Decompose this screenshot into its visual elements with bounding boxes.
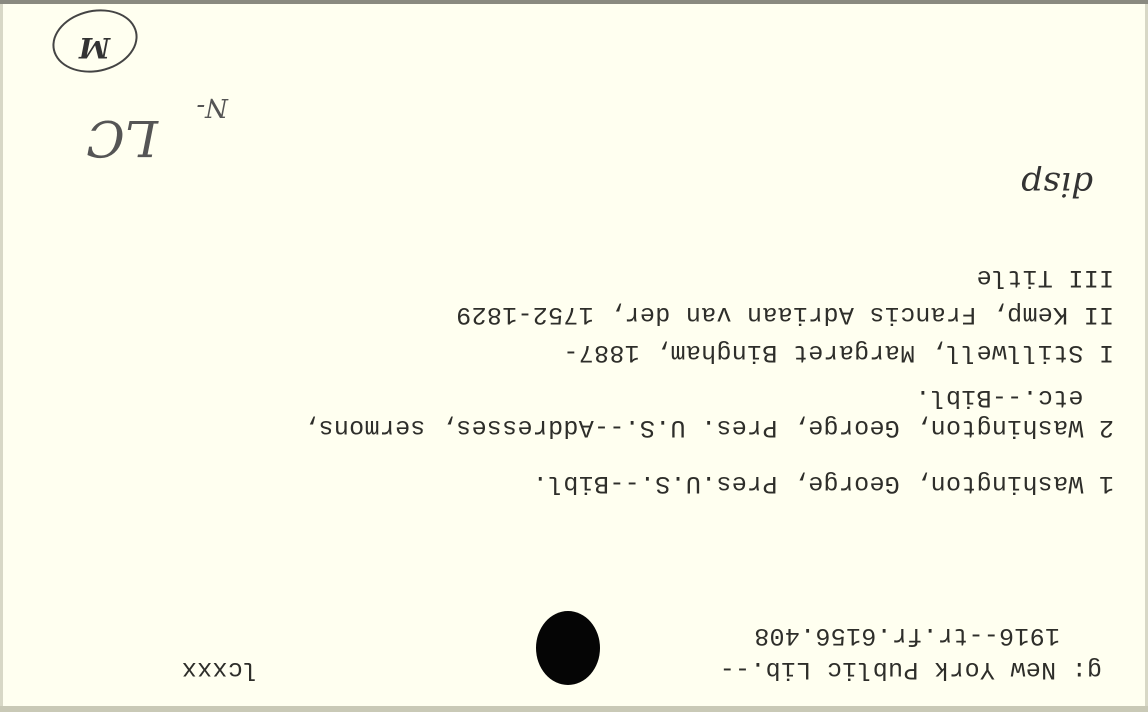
source-line-1: g: New York Public Lib.-- <box>719 655 1102 684</box>
tracing-1: 1 Washington, George, Pres.U.S.--Bibl. <box>533 469 1115 498</box>
tracing-II: II Kemp, Francis Adriaan van der, 1752-1… <box>456 300 1114 329</box>
card-code: lcxxx <box>181 655 258 684</box>
punch-hole <box>536 611 600 685</box>
source-line-2: 1916--tr.fr.6156.408 <box>754 621 1060 650</box>
card-edge-bottom <box>0 0 1148 4</box>
circled-mark-letter: M <box>79 31 110 64</box>
handwritten-disp: disp <box>1021 164 1093 204</box>
catalog-card: g: New York Public Lib.-- 1916--tr.fr.61… <box>0 0 1148 712</box>
handwritten-lc: LC <box>87 109 158 167</box>
tracing-III: III Title <box>976 263 1114 292</box>
tracing-I: I Stillwell, Margaret Bingham, 1887- <box>563 338 1114 367</box>
tracing-2: 2 Washington, George, Pres. U.S.--Addres… <box>303 413 1114 442</box>
tracing-2-cont: etc.--Bibl. <box>915 383 1114 412</box>
card-edge-top <box>0 706 1148 712</box>
handwritten-n: N- <box>196 92 228 122</box>
